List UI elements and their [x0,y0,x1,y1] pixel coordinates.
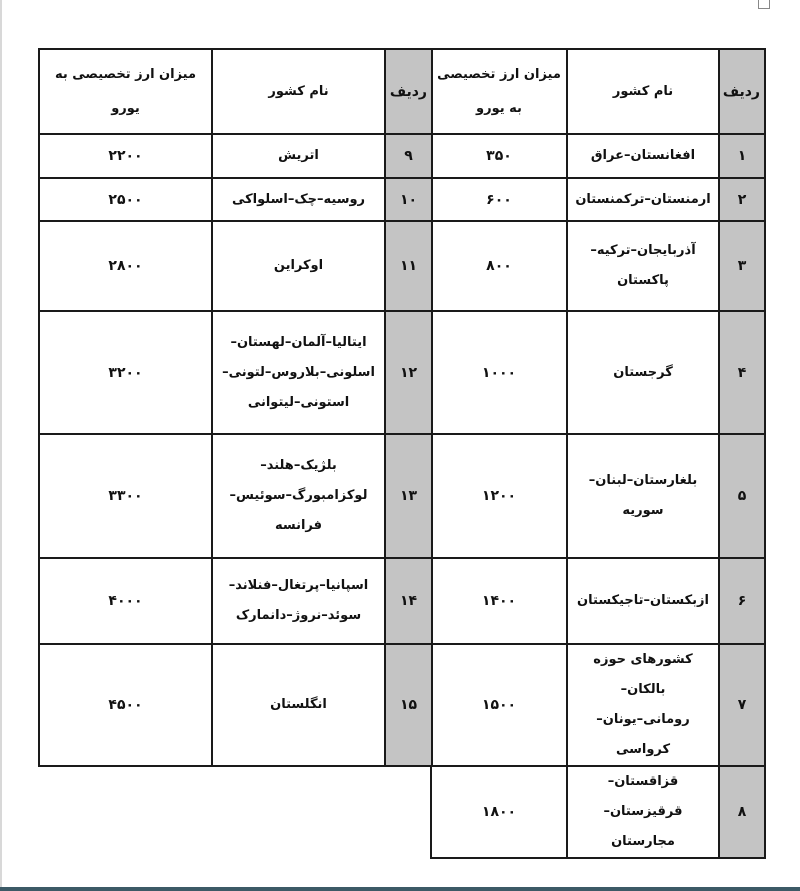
table-row: ۹ اتریش ۲۲۰۰ [39,134,432,178]
row-rank: ۴ [719,311,765,434]
table-row: ۱۳ بلژیک–هلند– لوکزامبورگ–سوئیس– فرانسه … [39,434,432,558]
row-amount: ۲۲۰۰ [39,134,212,178]
row-country: افغانستان–عراق [567,134,719,178]
row-country: ازبکستان–تاجیکستان [567,558,719,644]
row-rank: ۵ [719,434,765,558]
table-row: ۱۲ ایتالیا–آلمان–لهستان– اسلونی–بلاروس–ل… [39,311,432,434]
row-amount: ۴۵۰۰ [39,644,212,766]
table-row: ۸ قزاقستان–قرقیزستان– مجارستان ۱۸۰۰ [431,766,765,858]
row-amount: ۲۵۰۰ [39,178,212,221]
window-corner-handle[interactable] [758,0,770,9]
row-country: اوکراین [212,221,385,311]
row-rank: ۱۲ [385,311,432,434]
header-row: ردیف نام کشور میزان ارز تخصیصی به یورو [431,49,765,134]
row-country: بلژیک–هلند– لوکزامبورگ–سوئیس– فرانسه [212,434,385,558]
row-amount: ۳۲۰۰ [39,311,212,434]
header-rank: ردیف [719,49,765,134]
header-amount: میزان ارز تخصیصی به یورو [431,49,567,134]
row-amount: ۱۴۰۰ [431,558,567,644]
table-row: ۶ ازبکستان–تاجیکستان ۱۴۰۰ [431,558,765,644]
row-rank: ۱ [719,134,765,178]
header-country: نام کشور [567,49,719,134]
table-row: ۱۰ روسیه–چک–اسلواکی ۲۵۰۰ [39,178,432,221]
row-rank: ۶ [719,558,765,644]
currency-table-right: ردیف نام کشور میزان ارز تخصیصی به یورو ۱… [430,48,766,859]
row-country: اسپانیا–پرتغال–فنلاند– سوئد–نروژ–دانمارک [212,558,385,644]
currency-table-left: ردیف نام کشور میزان ارز تخصیصی به یورو ۹… [38,48,433,767]
row-amount: ۱۲۰۰ [431,434,567,558]
header-rank: ردیف [385,49,432,134]
row-rank: ۳ [719,221,765,311]
row-rank: ۱۵ [385,644,432,766]
row-rank: ۱۳ [385,434,432,558]
header-amount: میزان ارز تخصیصی به یورو [39,49,212,134]
row-amount: ۸۰۰ [431,221,567,311]
row-country: روسیه–چک–اسلواکی [212,178,385,221]
row-country: ارمنستان–ترکمنستان [567,178,719,221]
row-amount: ۴۰۰۰ [39,558,212,644]
table-row: ۴ گرجستان ۱۰۰۰ [431,311,765,434]
table-row: ۷ کشورهای حوزه بالکان– رومانی–یونان– کرو… [431,644,765,766]
row-amount: ۶۰۰ [431,178,567,221]
row-rank: ۱۰ [385,178,432,221]
table-row: ۱ افغانستان–عراق ۳۵۰ [431,134,765,178]
row-country: بلغارستان–لبنان– سوریه [567,434,719,558]
row-amount: ۲۸۰۰ [39,221,212,311]
window-left-edge [0,0,2,887]
row-rank: ۸ [719,766,765,858]
row-amount: ۱۰۰۰ [431,311,567,434]
row-rank: ۷ [719,644,765,766]
row-amount: ۱۵۰۰ [431,644,567,766]
row-country: ایتالیا–آلمان–لهستان– اسلونی–بلاروس–لتون… [212,311,385,434]
header-row: ردیف نام کشور میزان ارز تخصیصی به یورو [39,49,432,134]
row-amount: ۳۵۰ [431,134,567,178]
row-rank: ۱۱ [385,221,432,311]
row-country: انگلستان [212,644,385,766]
row-rank: ۲ [719,178,765,221]
table-row: ۱۵ انگلستان ۴۵۰۰ [39,644,432,766]
table-row: ۵ بلغارستان–لبنان– سوریه ۱۲۰۰ [431,434,765,558]
table-row: ۲ ارمنستان–ترکمنستان ۶۰۰ [431,178,765,221]
taskbar-strip [0,887,800,891]
row-amount: ۱۸۰۰ [431,766,567,858]
row-country: گرجستان [567,311,719,434]
row-country: اتریش [212,134,385,178]
table-row: ۱۴ اسپانیا–پرتغال–فنلاند– سوئد–نروژ–دانم… [39,558,432,644]
row-amount: ۳۳۰۰ [39,434,212,558]
row-rank: ۱۴ [385,558,432,644]
header-country: نام کشور [212,49,385,134]
row-country: قزاقستان–قرقیزستان– مجارستان [567,766,719,858]
row-rank: ۹ [385,134,432,178]
row-country: کشورهای حوزه بالکان– رومانی–یونان– کرواس… [567,644,719,766]
table-row: ۳ آذربایجان–ترکیه– پاکستان ۸۰۰ [431,221,765,311]
row-country: آذربایجان–ترکیه– پاکستان [567,221,719,311]
table-row: ۱۱ اوکراین ۲۸۰۰ [39,221,432,311]
